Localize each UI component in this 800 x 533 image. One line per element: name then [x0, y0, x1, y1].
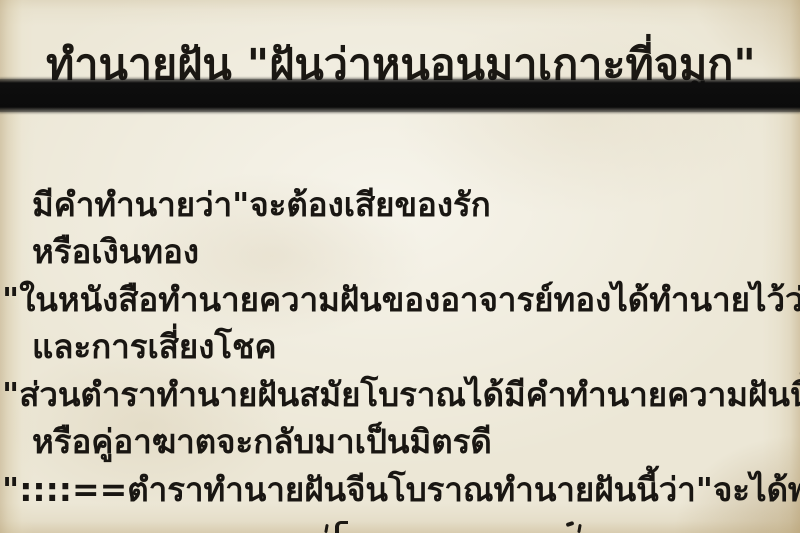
body-line: "ในหนังสือทำนายความฝันของอาจารย์ทองได้ทำ…	[2, 279, 800, 322]
body-line: "ส่วนตำราทำนายฝันสมัยโบราณได้มีคำทำนายคว…	[2, 374, 800, 417]
body-line: หรือเงินทอง	[32, 231, 199, 274]
body-line: "::::==ตำราทำนายฝันจีนโบราณทำนายฝันนี้ว่…	[2, 469, 800, 512]
body-line: หรือคู่อาฆาตจะกลับมาเป็นมิตรดี	[32, 421, 492, 464]
dream-interpretation-page: { "page": { "title": "ทำนายฝัน \"ฝันว่าห…	[0, 0, 800, 533]
body-line: มีคำทำนายว่า"จะต้องเสียของรัก	[32, 184, 491, 227]
body-line: และการเสี่ยงโชค	[32, 326, 277, 369]
clipped-line-glyph-fragment	[335, 521, 348, 533]
black-divider-bar	[0, 79, 800, 112]
